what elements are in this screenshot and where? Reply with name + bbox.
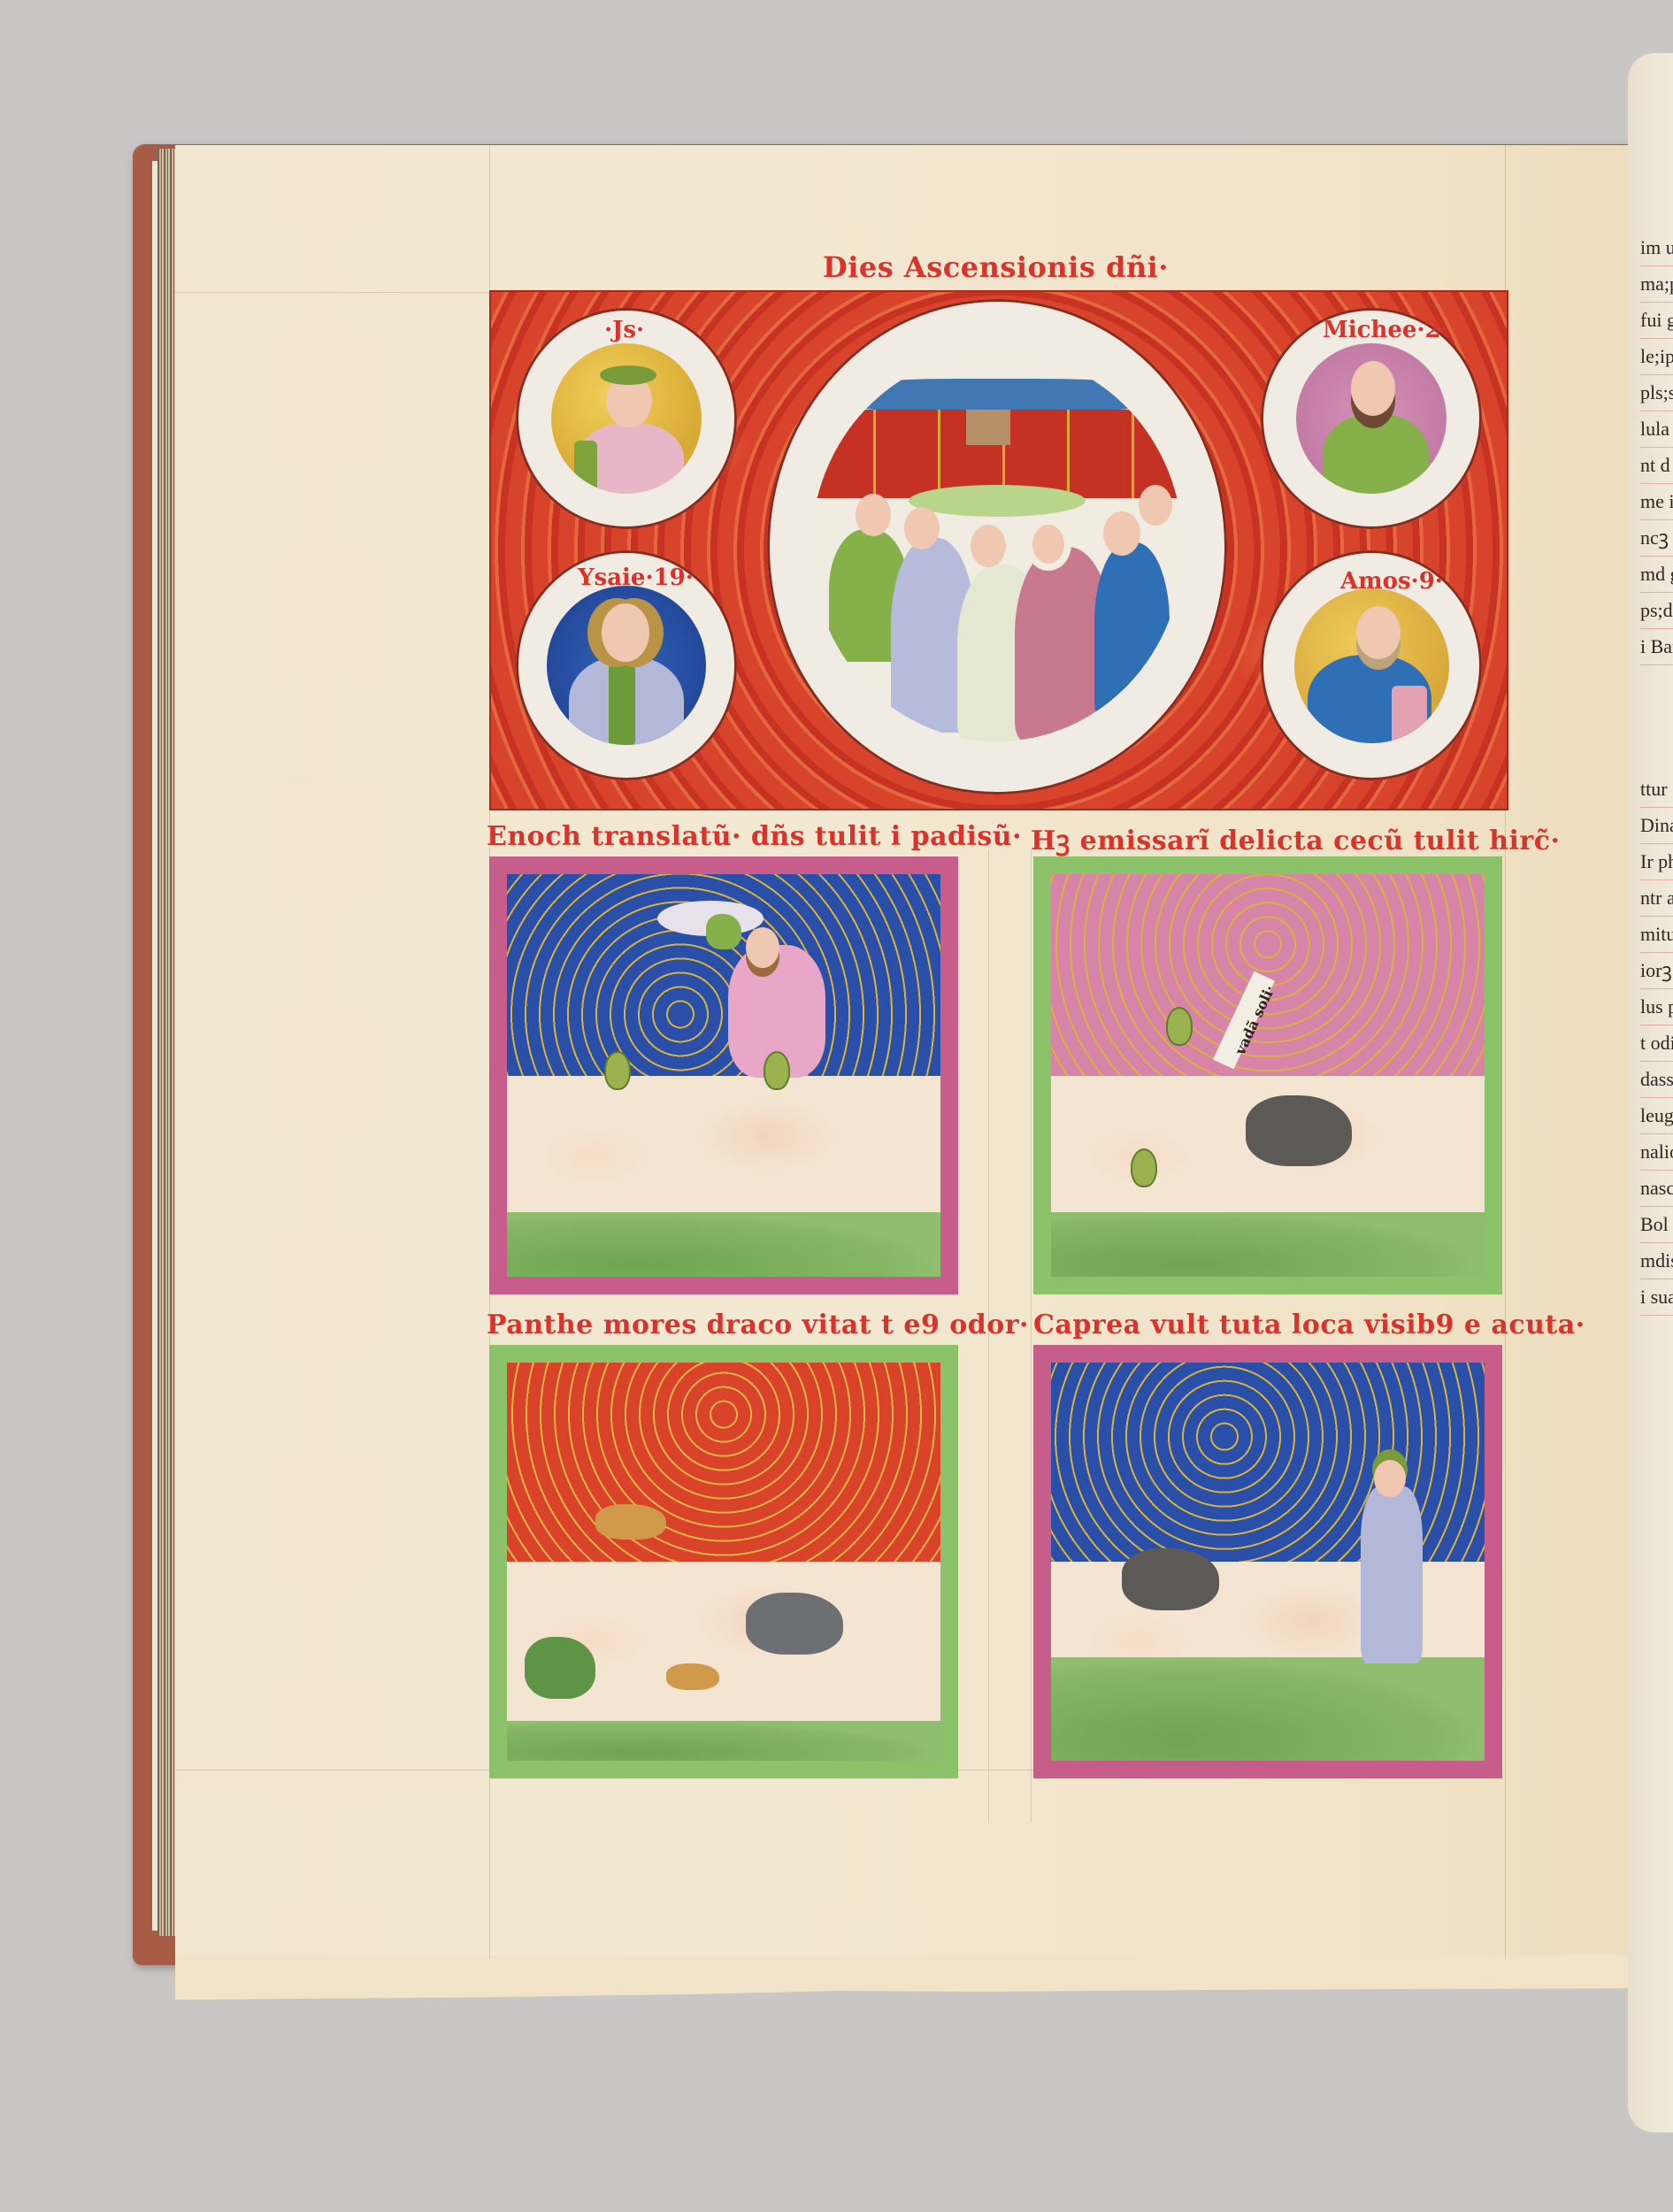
medallion-label: Amos·9· [1340, 568, 1443, 595]
rose-ground [1296, 343, 1447, 494]
text-line: dassime [1640, 1062, 1673, 1098]
apostle-head [1139, 485, 1172, 526]
text-line: t odin mi [1640, 1025, 1673, 1062]
facing-page: im ulci ma;pu fui gra le;ipsu pls;sign l… [1628, 53, 1673, 2132]
prophet-hat [600, 365, 656, 385]
text-line: i Bann [1640, 629, 1673, 665]
text-line: ntr auditu [1640, 880, 1673, 917]
enoch-head [746, 927, 779, 968]
tree-icon [604, 1051, 631, 1090]
text-line: ps;ditur [1640, 593, 1673, 629]
text-line: iorꝫ pdrani [1640, 953, 1673, 989]
panther [746, 1593, 843, 1655]
text-line: me iuca [1640, 484, 1673, 520]
text-line: ncꝫ u to [1640, 520, 1673, 557]
medallion-isaiah: ·Js· [516, 308, 737, 529]
ascension-roundel [767, 299, 1227, 795]
mount-of-olives [909, 485, 1086, 517]
caption-panther: Panthe mores draco vitat t e9 odor· [487, 1310, 1029, 1340]
deer [595, 1504, 666, 1540]
apostle-head [971, 525, 1006, 567]
text-line: ma;pu [1640, 266, 1673, 303]
panel-scene [507, 1363, 940, 1761]
text-line: i sua [1640, 1279, 1673, 1316]
panel-panther [489, 1345, 958, 1778]
panel-scene [507, 874, 940, 1277]
prophet-head [1351, 361, 1395, 416]
text-line: nalioꝫ [1640, 1134, 1673, 1171]
text-line: Dinas [1640, 808, 1673, 844]
prophet-head [1356, 606, 1401, 659]
christ-feet [966, 410, 1010, 445]
text-line: im ulci [1640, 230, 1673, 266]
caption-caprea: Caprea vult tuta loca visib9 e acuta· [1033, 1310, 1585, 1340]
ascension-panel: ·Js· Ysaie·19· [489, 290, 1508, 810]
facing-page-text: im ulci ma;pu fui gra le;ipsu pls;sign l… [1640, 230, 1673, 1316]
grass [507, 1721, 940, 1761]
text-line: mitur edis q [1640, 917, 1673, 953]
caption-enoch: Enoch translatũ· dñs tulit i padisũ· [487, 821, 1022, 852]
medallion-label: ·Js· [604, 317, 644, 343]
hunter-head [1374, 1460, 1406, 1497]
goat [1122, 1548, 1219, 1610]
text-line: ttur [1640, 772, 1673, 808]
grass [1051, 1212, 1485, 1277]
ruling-line [1031, 849, 1032, 1823]
apostle-head [904, 507, 940, 549]
panel-scapegoat: vadã soli· [1033, 856, 1502, 1294]
peter-head [1103, 511, 1140, 556]
text-line: Bol e [1640, 1207, 1673, 1243]
text-line: Ir pha [1640, 844, 1673, 880]
panel-scene: vadã soli· [1051, 874, 1485, 1277]
medallion-label: Ysaie·19· [578, 565, 694, 591]
prophet-tunic [1392, 686, 1427, 743]
apostle-blue [1094, 542, 1170, 719]
apostle-head [856, 494, 891, 536]
tree-icon [764, 1051, 790, 1090]
ascension-scene [811, 352, 1183, 741]
medallion-isaiah-19: Ysaie·19· [516, 550, 737, 780]
medallion-micah: Michee·2· [1261, 308, 1482, 529]
fox [666, 1663, 719, 1690]
caption-scapegoat: Hꝫ emissarĩ delicta cecũ tulit hirc̃· [1031, 821, 1560, 857]
text-line: le;ipsu [1640, 339, 1673, 375]
hunter [1361, 1486, 1423, 1663]
panel-scene [1051, 1363, 1485, 1761]
medallion-label: Michee·2· [1323, 317, 1449, 343]
tree-icon [1131, 1148, 1157, 1187]
prophet-tunic [609, 657, 635, 745]
goat [1246, 1095, 1352, 1166]
dragon [525, 1637, 595, 1699]
medallion-amos: Amos·9· [1261, 550, 1482, 780]
prophet-robe [1323, 414, 1429, 494]
text-line: md gra [1640, 557, 1673, 593]
text-line: leugua [1640, 1098, 1673, 1134]
text-line: fui gra [1640, 303, 1673, 339]
text-line: pls;sign [1640, 375, 1673, 411]
angel [706, 914, 741, 949]
blue-ground [547, 586, 706, 745]
panel-caprea [1033, 1345, 1502, 1778]
gold-ground [551, 343, 702, 494]
text-line: nascelia [1640, 1171, 1673, 1207]
text-line: mdis d [1640, 1243, 1673, 1279]
prophet-sleeve [574, 441, 597, 494]
text-line: nt d le [1640, 448, 1673, 484]
panel-enoch [489, 856, 958, 1294]
page-bottom-edge [175, 1955, 1644, 2000]
cloud [811, 379, 1183, 414]
text-line: lula t [1640, 411, 1673, 448]
grass [1051, 1657, 1485, 1761]
virgin-head [1032, 525, 1064, 564]
prophet-head [602, 603, 649, 662]
tree-icon [1166, 1007, 1193, 1046]
grass [507, 1212, 940, 1277]
gold-ground [1294, 588, 1449, 743]
text-line: lus panthe [1640, 989, 1673, 1025]
page-heading: Dies Ascensionis dñi· [823, 250, 1169, 284]
